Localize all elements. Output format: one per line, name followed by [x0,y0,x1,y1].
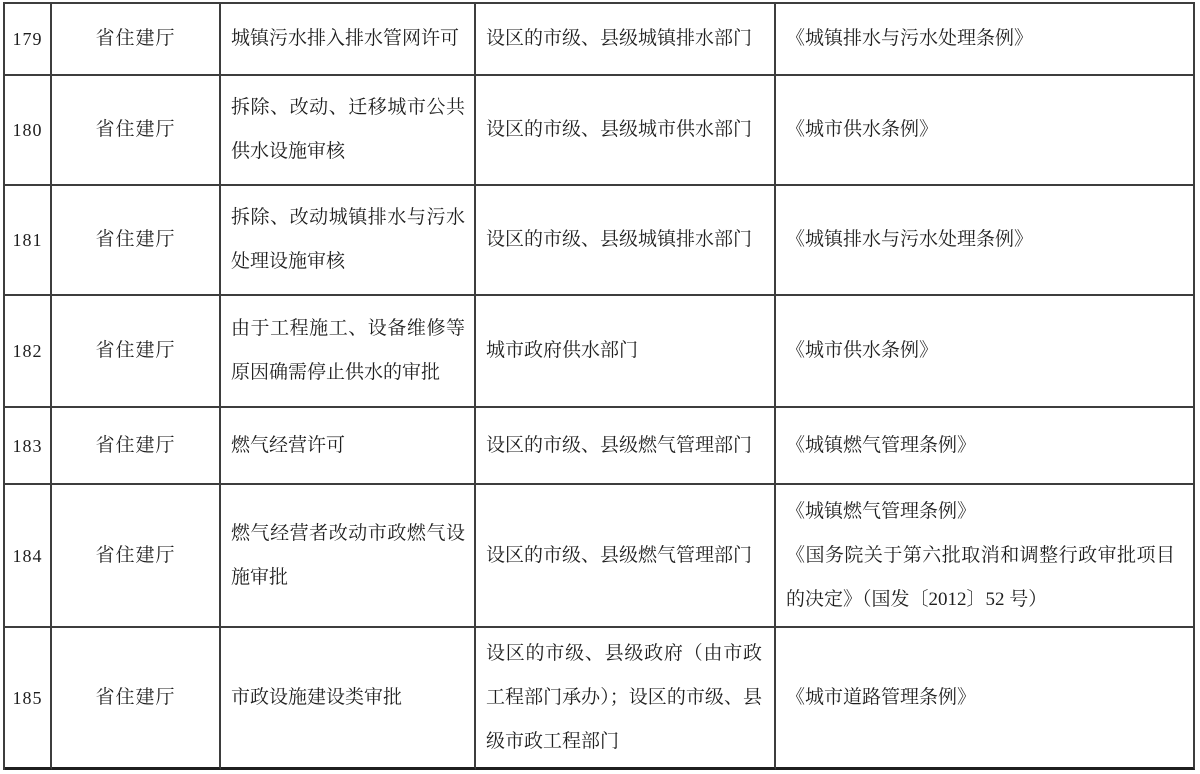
cell-paragraph: 设区的市级、县级燃气管理部门 [486,534,762,578]
cell-department: 省住建厅 [52,296,221,408]
cell-text: 省住建厅 [95,676,175,720]
cell-seq: 183 [5,408,52,485]
cell-seq: 180 [5,76,52,186]
cell-text: 179 [13,17,43,61]
cell-text: 燃气经营者改动市政燃气设施审批 [231,512,465,600]
cell-paragraph: 《城镇排水与污水处理条例》 [786,218,1175,262]
cell-text: 182 [13,329,43,373]
cell-text: 拆除、改动、迁移城市公共供水设施审核 [231,86,465,174]
cell-legal-basis: 《城镇燃气管理条例》 [776,408,1195,485]
cell-text: 市政设施建设类审批 [231,676,465,720]
cell-department: 省住建厅 [52,4,221,76]
cell-paragraph: 《城镇排水与污水处理条例》 [786,17,1175,61]
cell-text: 省住建厅 [95,108,175,152]
cell-text: 184 [13,534,43,578]
cell-implementing-authority: 设区的市级、县级城镇排水部门 [476,186,776,296]
cell-seq: 179 [5,4,52,76]
cell-text: 由于工程施工、设备维修等原因确需停止供水的审批 [231,307,465,395]
cell-text: 省住建厅 [95,329,175,373]
cell-implementing-authority: 设区的市级、县级政府（由市政工程部门承办）；设区的市级、县级市政工程部门 [476,628,776,770]
cell-legal-basis: 《城市供水条例》 [776,296,1195,408]
cell-implementing-authority: 设区的市级、县级燃气管理部门 [476,408,776,485]
cell-legal-basis: 《城市供水条例》 [776,76,1195,186]
cell-department: 省住建厅 [52,186,221,296]
cell-item-name: 燃气经营许可 [221,408,476,485]
cell-department: 省住建厅 [52,76,221,186]
cell-legal-basis: 《城镇排水与污水处理条例》 [776,186,1195,296]
cell-paragraph: 《城市供水条例》 [786,108,1175,152]
cell-paragraph: 《城市道路管理条例》 [786,676,1175,720]
cell-text: 181 [13,218,43,262]
cell-department: 省住建厅 [52,628,221,770]
cell-text: 省住建厅 [95,218,175,262]
cell-seq: 181 [5,186,52,296]
cell-legal-basis: 《城镇燃气管理条例》《国务院关于第六批取消和调整行政审批项目的决定》（国发〔20… [776,485,1195,628]
cell-text: 燃气经营许可 [231,424,465,468]
cell-paragraph: 设区的市级、县级城市供水部门 [486,108,762,152]
cell-paragraph: 设区的市级、县级城镇排水部门 [486,17,762,61]
cell-text: 省住建厅 [95,424,175,468]
cell-seq: 185 [5,628,52,770]
cell-item-name: 城镇污水排入排水管网许可 [221,4,476,76]
cell-item-name: 拆除、改动、迁移城市公共供水设施审核 [221,76,476,186]
cell-text: 183 [13,424,43,468]
cell-department: 省住建厅 [52,408,221,485]
cell-implementing-authority: 设区的市级、县级城市供水部门 [476,76,776,186]
cell-implementing-authority: 设区的市级、县级燃气管理部门 [476,485,776,628]
document-page: 179省住建厅城镇污水排入排水管网许可设区的市级、县级城镇排水部门《城镇排水与污… [0,0,1200,774]
cell-seq: 184 [5,485,52,628]
cell-paragraph: 《国务院关于第六批取消和调整行政审批项目的决定》（国发〔2012〕52 号） [786,534,1175,622]
cell-item-name: 由于工程施工、设备维修等原因确需停止供水的审批 [221,296,476,408]
cell-implementing-authority: 设区的市级、县级城镇排水部门 [476,4,776,76]
cell-paragraph: 《城市供水条例》 [786,329,1175,373]
cell-text: 185 [13,676,43,720]
cell-item-name: 市政设施建设类审批 [221,628,476,770]
cell-paragraph: 设区的市级、县级城镇排水部门 [486,218,762,262]
cell-legal-basis: 《城镇排水与污水处理条例》 [776,4,1195,76]
cell-paragraph: 设区的市级、县级燃气管理部门 [486,424,762,468]
cell-department: 省住建厅 [52,485,221,628]
approval-items-table: 179省住建厅城镇污水排入排水管网许可设区的市级、县级城镇排水部门《城镇排水与污… [3,2,1195,770]
cell-implementing-authority: 城市政府供水部门 [476,296,776,408]
cell-seq: 182 [5,296,52,408]
cell-paragraph: 城市政府供水部门 [486,329,762,373]
cell-paragraph: 设区的市级、县级政府（由市政工程部门承办）；设区的市级、县级市政工程部门 [486,632,762,764]
cell-item-name: 拆除、改动城镇排水与污水处理设施审核 [221,186,476,296]
cell-text: 省住建厅 [95,534,175,578]
cell-text: 拆除、改动城镇排水与污水处理设施审核 [231,196,465,284]
cell-text: 省住建厅 [95,17,175,61]
cell-text: 城镇污水排入排水管网许可 [231,17,465,61]
cell-paragraph: 《城镇燃气管理条例》 [786,490,1175,534]
cell-legal-basis: 《城市道路管理条例》 [776,628,1195,770]
cell-item-name: 燃气经营者改动市政燃气设施审批 [221,485,476,628]
cell-text: 180 [13,108,43,152]
cell-paragraph: 《城镇燃气管理条例》 [786,424,1175,468]
